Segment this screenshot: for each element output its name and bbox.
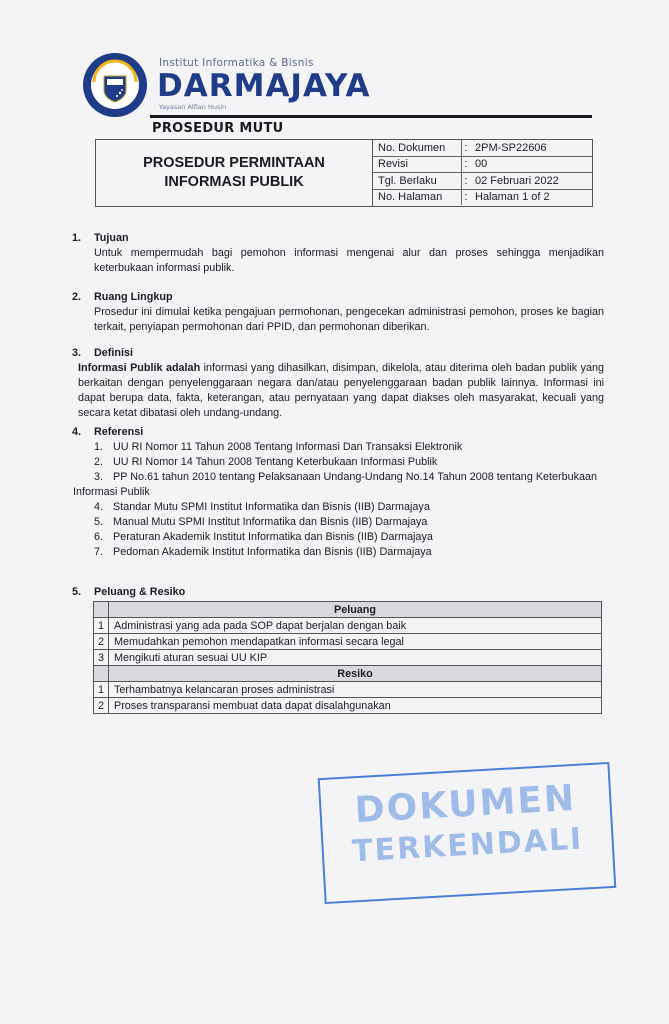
section-number: 3. bbox=[72, 346, 94, 361]
section-referensi: 4. Referensi 1. UU RI Nomor 11 Tahun 200… bbox=[72, 425, 604, 560]
reference-item: 7. Pedoman Akademik Institut Informatika… bbox=[94, 545, 604, 560]
section-number: 4. bbox=[72, 425, 94, 440]
section-heading: 4. Referensi bbox=[72, 425, 604, 440]
reference-number: 6. bbox=[94, 530, 113, 545]
reference-number: 4. bbox=[94, 500, 113, 515]
section-heading: 3. Definisi bbox=[72, 346, 604, 361]
section-body: Prosedur ini dimulai ketika pengajuan pe… bbox=[94, 305, 604, 335]
section-definisi: 3. Definisi Informasi Publik adalah info… bbox=[72, 346, 604, 421]
reference-text: UU RI Nomor 14 Tahun 2008 Tentang Keterb… bbox=[113, 455, 437, 470]
section-title: Tujuan bbox=[94, 231, 129, 246]
opportunity-row: 1 Administrasi yang ada pada SOP dapat b… bbox=[94, 618, 602, 634]
reference-text: Pedoman Akademik Institut Informatika da… bbox=[113, 545, 432, 560]
university-seal-icon bbox=[82, 52, 148, 118]
header-number-cell bbox=[94, 602, 109, 618]
row-text: Proses transparansi membuat data dapat d… bbox=[109, 698, 602, 714]
meta-value: 00 bbox=[470, 156, 592, 173]
row-text: Terhambatnya kelancaran proses administr… bbox=[109, 682, 602, 698]
section-title: Ruang Lingkup bbox=[94, 290, 173, 305]
meta-separator: : bbox=[462, 189, 471, 205]
section-title: Referensi bbox=[94, 425, 143, 440]
section-title: Definisi bbox=[94, 346, 133, 361]
document-page: Institut Informatika & Bisnis DARMAJAYA … bbox=[0, 0, 669, 1024]
row-number: 1 bbox=[94, 682, 109, 698]
reference-text: Standar Mutu SPMI Institut Informatika d… bbox=[113, 500, 430, 515]
document-meta-table: No. Dokumen : 2PM-SP22606 Revisi : 00 Tg… bbox=[373, 140, 592, 205]
section-title: Peluang & Resiko bbox=[94, 585, 185, 600]
section-body: Informasi Publik adalah informasi yang d… bbox=[78, 361, 604, 421]
meta-separator: : bbox=[462, 140, 471, 156]
row-number: 3 bbox=[94, 650, 109, 666]
meta-label: Tgl. Berlaku bbox=[373, 173, 462, 190]
row-number: 2 bbox=[94, 634, 109, 650]
opportunity-row: 3 Mengikuti aturan sesuai UU KIP bbox=[94, 650, 602, 666]
opportunity-row: 2 Memudahkan pemohon mendapatkan informa… bbox=[94, 634, 602, 650]
opportunity-header: Peluang bbox=[109, 602, 602, 618]
reference-number: 1. bbox=[94, 440, 113, 455]
meta-row-document-number: No. Dokumen : 2PM-SP22606 bbox=[373, 140, 592, 156]
reference-list: 1. UU RI Nomor 11 Tahun 2008 Tentang Inf… bbox=[94, 440, 604, 560]
section-ruang-lingkup: 2. Ruang Lingkup Prosedur ini dimulai ke… bbox=[72, 290, 604, 335]
section-tujuan: 1. Tujuan Untuk mempermudah bagi pemohon… bbox=[72, 231, 604, 276]
meta-row-page-number: No. Halaman : Halaman 1 of 2 bbox=[373, 189, 592, 205]
reference-item: 1. UU RI Nomor 11 Tahun 2008 Tentang Inf… bbox=[94, 440, 604, 455]
header-number-cell bbox=[94, 666, 109, 682]
risk-opportunity-table: Peluang 1 Administrasi yang ada pada SOP… bbox=[93, 601, 602, 714]
section-body: Untuk mempermudah bagi pemohon informasi… bbox=[94, 246, 604, 276]
reference-text: Manual Mutu SPMI Institut Informatika da… bbox=[113, 515, 427, 530]
meta-separator: : bbox=[462, 173, 471, 190]
document-title-line2: INFORMASI PUBLIK bbox=[164, 173, 303, 192]
document-info-box: PROSEDUR PERMINTAAN INFORMASI PUBLIK No.… bbox=[95, 139, 593, 207]
reference-number: 7. bbox=[94, 545, 113, 560]
section-heading: 2. Ruang Lingkup bbox=[72, 290, 604, 305]
section-label: PROSEDUR MUTU bbox=[152, 121, 284, 136]
risk-header-row: Resiko bbox=[94, 666, 602, 682]
meta-label: No. Dokumen bbox=[373, 140, 462, 156]
reference-item: 6. Peraturan Akademik Institut Informati… bbox=[94, 530, 604, 545]
row-text: Administrasi yang ada pada SOP dapat ber… bbox=[109, 618, 602, 634]
row-text: Memudahkan pemohon mendapatkan informasi… bbox=[109, 634, 602, 650]
risk-row: 2 Proses transparansi membuat data dapat… bbox=[94, 698, 602, 714]
row-text: Mengikuti aturan sesuai UU KIP bbox=[109, 650, 602, 666]
reference-number: 3. bbox=[94, 470, 113, 485]
section-number: 1. bbox=[72, 231, 94, 246]
reference-item: 3. PP No.61 tahun 2010 tentang Pelaksana… bbox=[94, 470, 604, 485]
reference-item: 4. Standar Mutu SPMI Institut Informatik… bbox=[94, 500, 604, 515]
meta-label: No. Halaman bbox=[373, 189, 462, 205]
reference-text: PP No.61 tahun 2010 tentang Pelaksanaan … bbox=[113, 470, 597, 485]
document-title-line1: PROSEDUR PERMINTAAN bbox=[143, 154, 325, 173]
meta-separator: : bbox=[462, 156, 471, 173]
meta-label: Revisi bbox=[373, 156, 462, 173]
reference-text: UU RI Nomor 11 Tahun 2008 Tentang Inform… bbox=[113, 440, 462, 455]
brand-name: DARMAJAYA bbox=[157, 68, 370, 104]
document-title: PROSEDUR PERMINTAAN INFORMASI PUBLIK bbox=[96, 140, 373, 206]
header-divider bbox=[150, 115, 592, 118]
definition-term: Informasi Publik adalah bbox=[78, 362, 200, 374]
reference-text: Peraturan Akademik Institut Informatika … bbox=[113, 530, 433, 545]
section-peluang-resiko: 5. Peluang & Resiko bbox=[72, 585, 604, 600]
meta-row-revision: Revisi : 00 bbox=[373, 156, 592, 173]
opportunity-header-row: Peluang bbox=[94, 602, 602, 618]
meta-value: 2PM-SP22606 bbox=[470, 140, 592, 156]
controlled-document-stamp: DOKUMEN TERKENDALI bbox=[318, 762, 617, 904]
row-number: 1 bbox=[94, 618, 109, 634]
row-number: 2 bbox=[94, 698, 109, 714]
meta-value: 02 Februari 2022 bbox=[470, 173, 592, 190]
risk-row: 1 Terhambatnya kelancaran proses adminis… bbox=[94, 682, 602, 698]
foundation-name: Yayasan Alfian Husin bbox=[159, 103, 226, 111]
section-number: 2. bbox=[72, 290, 94, 305]
section-heading: 5. Peluang & Resiko bbox=[72, 585, 604, 600]
reference-item: 5. Manual Mutu SPMI Institut Informatika… bbox=[94, 515, 604, 530]
risk-header: Resiko bbox=[109, 666, 602, 682]
reference-text-continuation: Informasi Publik bbox=[73, 485, 604, 500]
reference-number: 5. bbox=[94, 515, 113, 530]
section-number: 5. bbox=[72, 585, 94, 600]
meta-value: Halaman 1 of 2 bbox=[470, 189, 592, 205]
reference-item: 2. UU RI Nomor 14 Tahun 2008 Tentang Ket… bbox=[94, 455, 604, 470]
reference-number: 2. bbox=[94, 455, 113, 470]
meta-row-effective-date: Tgl. Berlaku : 02 Februari 2022 bbox=[373, 173, 592, 190]
section-heading: 1. Tujuan bbox=[72, 231, 604, 246]
